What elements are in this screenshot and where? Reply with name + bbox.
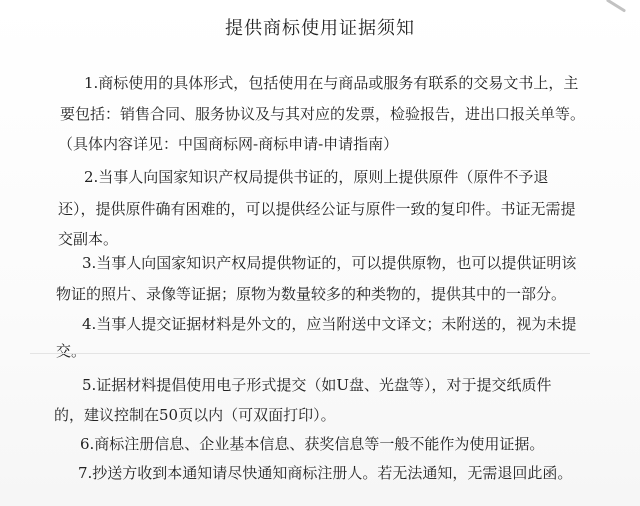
item-1-line-1: 1.商标使用的具体形式，包括使用在与商品或服务有联系的交易文书上，主	[84, 72, 578, 93]
scan-artifact-line	[30, 353, 590, 354]
item-4-line-2: 交。	[56, 340, 86, 361]
item-7-line-1: 7.抄送方收到本通知请尽快通知商标注册人。若无法通知，无需退回此函。	[78, 462, 572, 483]
item-5-line-1: 5.证据材料提倡使用电子形式提交（如U盘、光盘等），对于提交纸质件	[82, 374, 551, 395]
item-3-line-1: 3.当事人向国家知识产权局提供物证的，可以提供原物，也可以提供证明该	[82, 252, 576, 273]
item-1-line-2: 要包括：销售合同、服务协议及与其对应的发票，检验报告，进出口报关单等。	[60, 103, 585, 124]
scanned-document-page: 提供商标使用证据须知 1.商标使用的具体形式，包括使用在与商品或服务有联系的交易…	[0, 0, 640, 506]
item-2-line-1: 2.当事人向国家知识产权局提供书证的，原则上提供原件（原件不予退	[84, 166, 548, 187]
item-6-line-1: 6.商标注册信息、企业基本信息、获奖信息等一般不能作为使用证据。	[80, 433, 544, 454]
item-4-line-1: 4.当事人提交证据材料是外文的，应当附送中文译文；未附送的，视为未提	[82, 313, 576, 334]
item-1-line-3: （具体内容详见：中国商标网-商标申请-申请指南）	[58, 133, 398, 154]
item-5-line-2: 的，建议控制在50页以内（可双面打印）。	[54, 404, 336, 425]
item-2-line-2: 还），提供原件确有困难的，可以提供经公证与原件一致的复印件。书证无需提	[58, 198, 576, 219]
page-corner-fold-mark	[606, 0, 626, 13]
item-3-line-2: 物证的照片、录像等证据；原物为数量较多的种类物的，提供其中的一部分。	[56, 283, 566, 304]
document-title: 提供商标使用证据须知	[0, 14, 640, 40]
item-2-line-3: 交副本。	[58, 228, 118, 249]
